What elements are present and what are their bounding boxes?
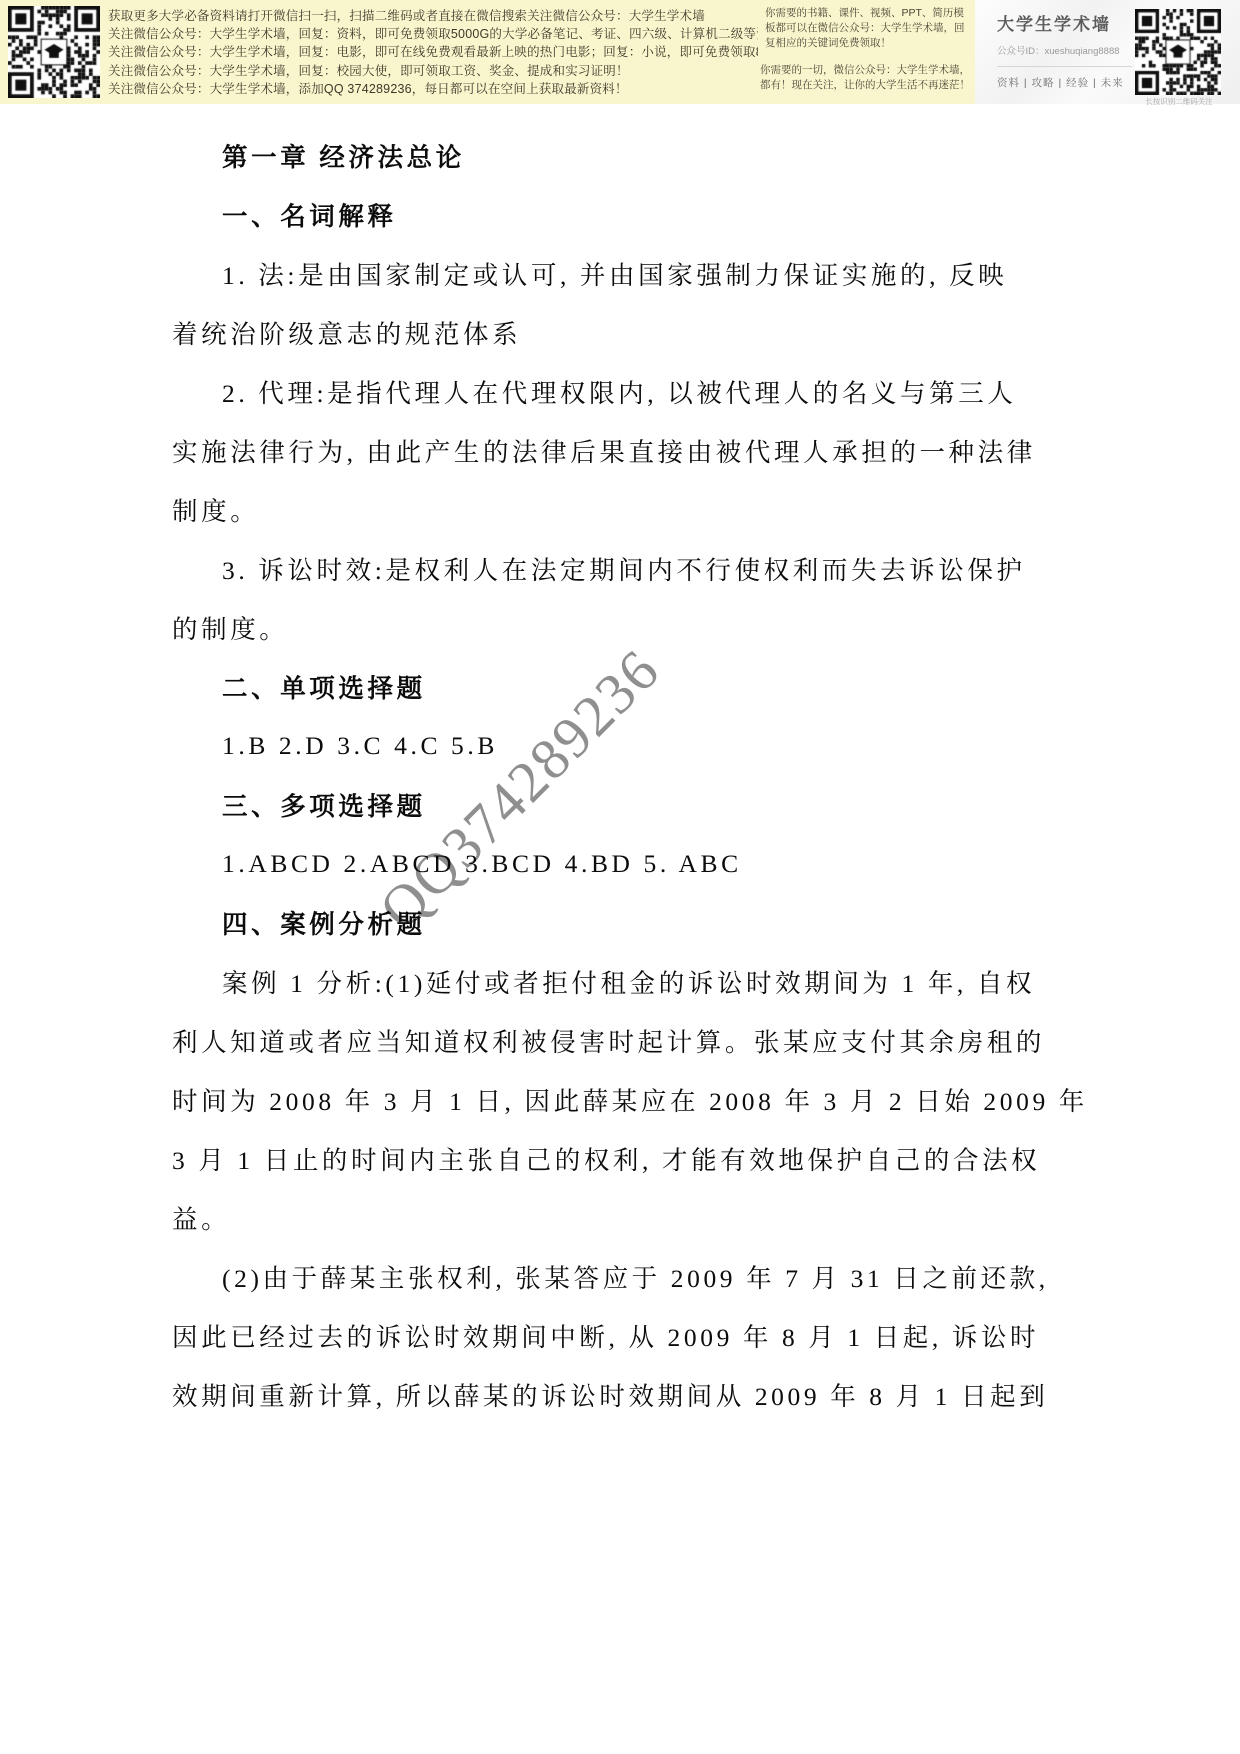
doc-line: 的制度。 — [172, 598, 1072, 657]
document-page: 获取更多大学必备资料请打开微信扫一扫，扫描二维码或者直接在微信搜索关注微信公众号… — [0, 0, 1240, 1754]
chapter-label: 第一章 — [222, 138, 309, 174]
doc-line: 效期间重新计算, 所以薛某的诉讼时效期间从 2009 年 8 月 1 日起到 — [172, 1365, 1072, 1424]
banner-line: 获取更多大学必备资料请打开微信扫一扫，扫描二维码或者直接在微信搜索关注微信公众号… — [108, 7, 758, 25]
doc-line: (2)由于薛某主张权利, 张某答应于 2009 年 7 月 31 日之前还款, — [172, 1247, 1072, 1306]
banner-line: 关注微信公众号：大学生学术墙，回复：校园大使，即可领取工资、奖金、提成和实习证明… — [108, 62, 758, 80]
doc-line: 利人知道或者应当知道权利被侵害时起计算。张某应支付其余房租的 — [172, 1011, 1072, 1070]
qr-code-icon — [1135, 9, 1221, 95]
banner-middle-note-top: 你需要的书籍、课件、视频、PPT、简历模板都可以在微信公众号：大学生学术墙，回复… — [765, 6, 970, 51]
banner-middle-note-bottom: 你需要的一切，微信公众号：大学生学术墙，都有！现在关注，让你的大学生活不再迷茫！ — [760, 63, 972, 93]
wechat-card-text: 大学生学术墙 公众号ID：xueshuqiang8888 资料 | 攻略 | 经… — [997, 10, 1129, 90]
chapter-title: 经济法总论 — [319, 138, 465, 174]
doc-line: 因此已经过去的诉讼时效期间中断, 从 2009 年 8 月 1 日起, 诉讼时 — [172, 1306, 1072, 1365]
wechat-card-title: 大学生学术墙 — [997, 10, 1129, 35]
doc-line: 2. 代理:是指代理人在代理权限内, 以被代理人的名义与第三人 — [172, 362, 1072, 421]
section-heading: 二、单项选择题 — [172, 657, 1072, 716]
banner-text-block: 获取更多大学必备资料请打开微信扫一扫，扫描二维码或者直接在微信搜索关注微信公众号… — [108, 7, 758, 98]
banner-line: 关注微信公众号：大学生学术墙，添加QQ 374289236，每日都可以在空间上获… — [108, 80, 758, 98]
wechat-card-nav: 资料 | 攻略 | 经验 | 未来 — [997, 75, 1129, 90]
doc-line: 3. 诉讼时效:是权利人在法定期间内不行使权利而失去诉讼保护 — [172, 539, 1072, 598]
section-heading: 一、名词解释 — [172, 185, 1072, 244]
qr-code-right-canvas — [1135, 9, 1221, 95]
doc-line: 制度。 — [172, 480, 1072, 539]
qr-code-left-canvas — [8, 6, 100, 98]
banner-line: 关注微信公众号：大学生学术墙，回复：电影，即可在线免费观看最新上映的热门电影；回… — [108, 43, 758, 61]
chapter-heading: 第一章 经济法总论 — [172, 126, 1072, 185]
wechat-card-id: 公众号ID：xueshuqiang8888 — [997, 43, 1129, 57]
doc-line: 1. 法:是由国家制定或认可, 并由国家强制力保证实施的, 反映 — [172, 244, 1072, 303]
qr-code-icon — [8, 6, 100, 98]
doc-line: 时间为 2008 年 3 月 1 日, 因此薛某应在 2008 年 3 月 2 … — [172, 1070, 1072, 1129]
answer-line: 1.B 2.D 3.C 4.C 5.B — [172, 716, 1072, 775]
section-heading: 四、案例分析题 — [172, 893, 1072, 952]
qr-caption: 长按识别二维码关注 — [1137, 96, 1221, 107]
divider — [997, 66, 1132, 67]
doc-line: 实施法律行为, 由此产生的法律后果直接由被代理人承担的一种法律 — [172, 421, 1072, 480]
answer-line: 1.ABCD 2.ABCD 3.BCD 4.BD 5. ABC — [172, 834, 1072, 893]
doc-line: 案例 1 分析:(1)延付或者拒付租金的诉讼时效期间为 1 年, 自权 — [172, 952, 1072, 1011]
doc-line: 3 月 1 日止的时间内主张自己的权利, 才能有效地保护自己的合法权 — [172, 1129, 1072, 1188]
promo-banner: 获取更多大学必备资料请打开微信扫一扫，扫描二维码或者直接在微信搜索关注微信公众号… — [0, 0, 1240, 104]
section-heading: 三、多项选择题 — [172, 775, 1072, 834]
wechat-account-card: 大学生学术墙 公众号ID：xueshuqiang8888 资料 | 攻略 | 经… — [975, 0, 1240, 104]
document-body: 第一章 经济法总论 一、名词解释 1. 法:是由国家制定或认可, 并由国家强制力… — [172, 126, 1072, 1424]
doc-line: 着统治阶级意志的规范体系 — [172, 303, 1072, 362]
doc-line: 益。 — [172, 1188, 1072, 1247]
banner-line: 关注微信公众号：大学生学术墙，回复：资料，即可免费领取5000G的大学必备笔记、… — [108, 25, 758, 43]
